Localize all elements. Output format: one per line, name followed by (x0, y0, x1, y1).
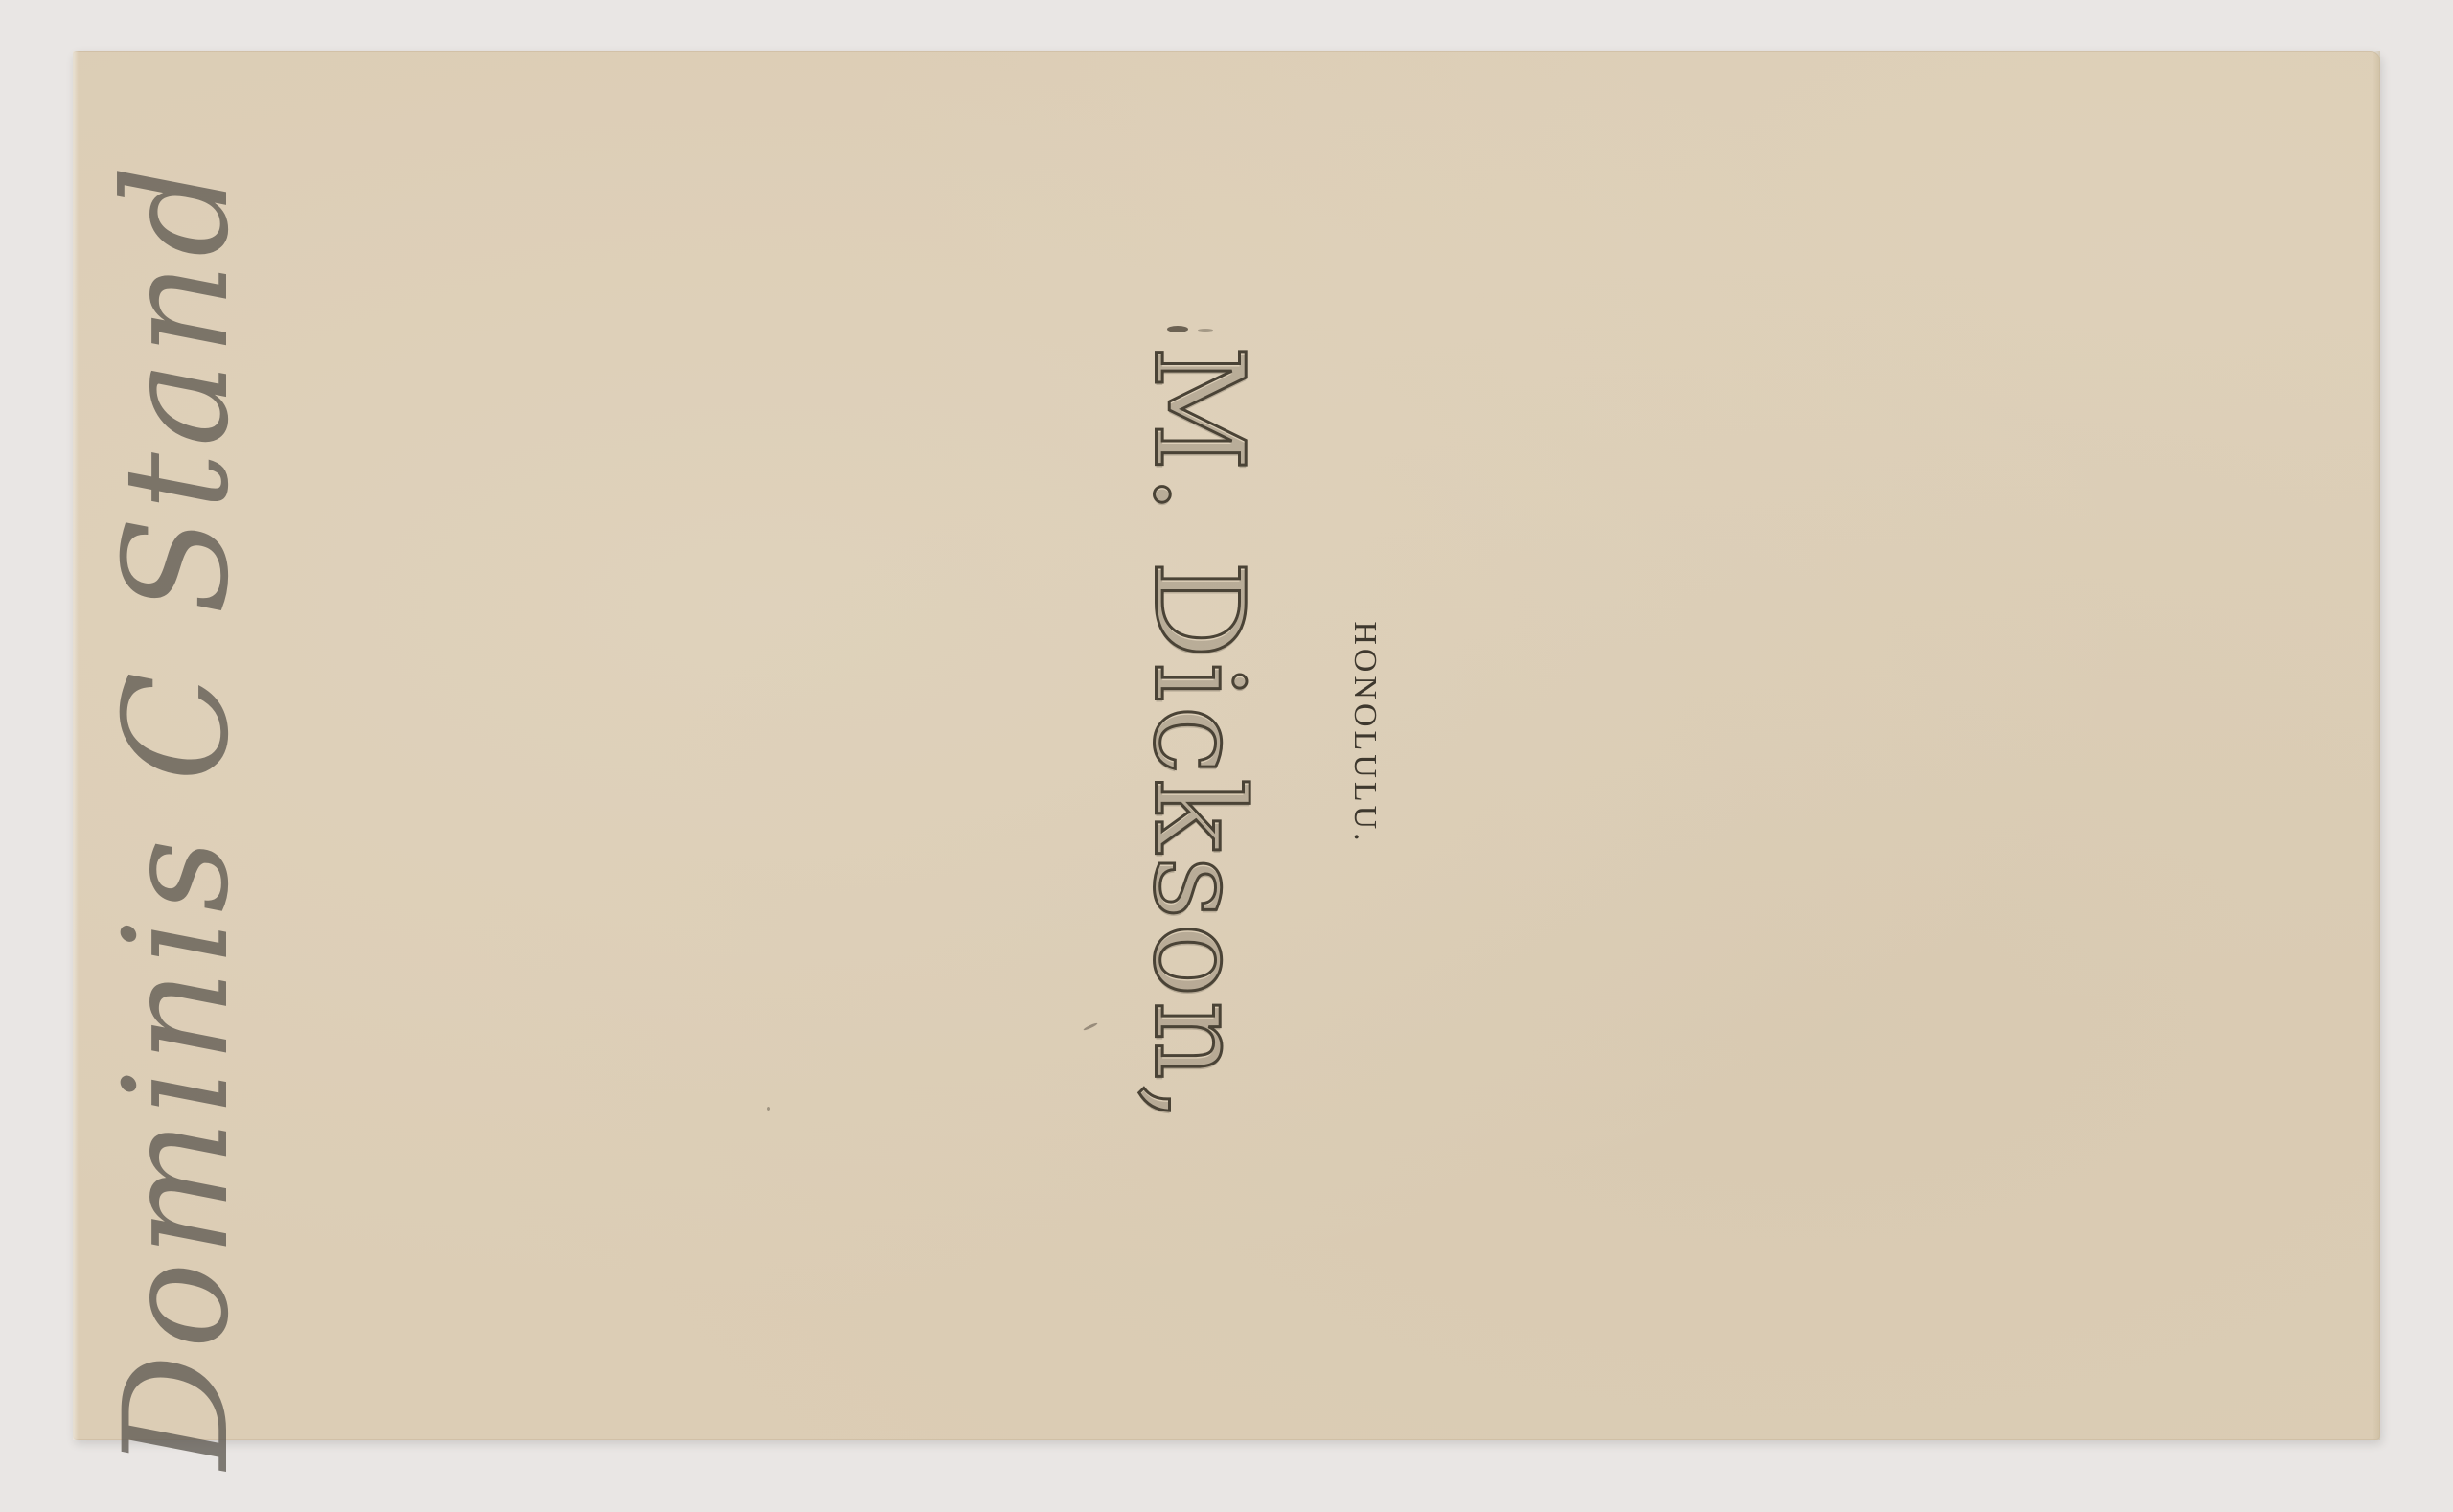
city-imprint: HONOLULU. (1346, 621, 1383, 844)
card-edge-right (2373, 51, 2380, 1440)
ink-smudge (1167, 326, 1188, 332)
ink-dot (767, 1107, 770, 1111)
ink-smudge (1083, 1022, 1098, 1031)
card-edge-left (73, 51, 79, 1440)
pencil-inscription: Dominis C Stand (94, 159, 261, 1470)
photographer-imprint: M. Dickson, (1127, 345, 1270, 1126)
ink-smudge (1198, 329, 1213, 332)
